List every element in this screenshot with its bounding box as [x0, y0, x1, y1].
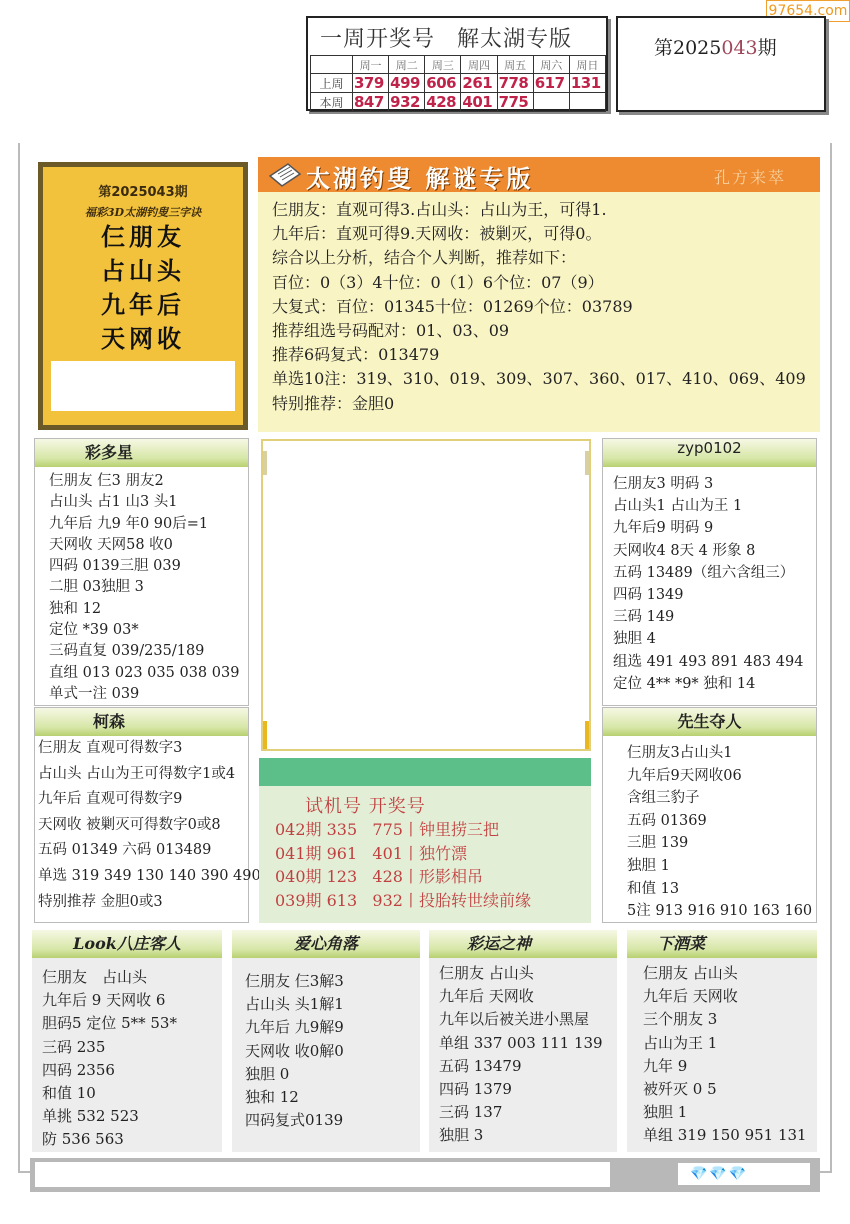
box-line: 天网收 收0解0	[245, 1040, 420, 1063]
box-line: 被歼灭 0 5	[643, 1078, 817, 1101]
diamond-icons: 💎💎💎	[678, 1163, 810, 1185]
solution-line: 大复式：百位：01345十位：01269个位：03789	[272, 295, 820, 319]
box-line: 三码 137	[439, 1101, 617, 1124]
box-line: 直组 013 023 035 038 039	[49, 663, 248, 684]
box-line: 占山头 占山为王可得数字1或4	[38, 762, 248, 788]
issue-suffix: 期	[758, 37, 777, 59]
riddle-line: 九年后	[43, 288, 243, 322]
box-title: 下酒菜	[627, 930, 817, 958]
box-title: Look八庄客人	[32, 930, 222, 958]
box-line: 占山头 占1 山3 头1	[49, 492, 248, 513]
card-issue: 第2025043期	[43, 167, 243, 200]
main-solution-panel: 太湖钓叟 解谜专版 孔方来萃 仨朋友：直观可得3.占山头：占山为王，可得1. 九…	[258, 157, 820, 432]
draw-title: 一周开奖号解太湖专版	[308, 18, 606, 54]
box-line: 三个朋友 3	[643, 1008, 817, 1031]
row-label: 上周	[311, 74, 353, 93]
draw-number: 617	[533, 74, 569, 93]
box-line: 三码直复 039/235/189	[49, 641, 248, 662]
box-line: 含组三豹子	[627, 787, 816, 810]
draw-number: 932	[389, 93, 425, 112]
trial-row: 041期 961 401丨独竹漂	[259, 842, 591, 866]
draw-number: 428	[425, 93, 461, 112]
draw-number: 778	[497, 74, 533, 93]
box-line: 三胆 139	[627, 832, 816, 855]
corner-tab	[585, 721, 589, 749]
box-line: 九年以后被关进小黑屋	[439, 1008, 617, 1031]
box-xiajiucai: 下酒菜 仨朋友 占山头 九年后 天网收 三个朋友 3 占山为王 1 九年 9 被…	[627, 930, 817, 1152]
trial-row: 042期 335 775丨钟里捞三把	[259, 818, 591, 842]
footer-bar: 💎💎💎	[30, 1158, 820, 1192]
draw-number: 379	[353, 74, 389, 93]
day-header: 周四	[461, 56, 497, 74]
box-line: 单挑 532 523	[42, 1105, 222, 1128]
box-line: 仨朋友3占山头1	[627, 742, 816, 765]
box-line: 5注 913 916 910 163 160	[627, 900, 816, 923]
solution-line: 单选10注：319、310、019、309、307、360、017、410、06…	[272, 367, 820, 391]
solution-line: 九年后：直观可得9.天网收：被剿灭，可得0。	[272, 222, 820, 246]
box-line: 单组 337 003 111 139	[439, 1032, 617, 1055]
box-line: 独胆 3	[439, 1124, 617, 1147]
box-line: 九年后 直观可得数字9	[38, 787, 248, 813]
corner-tab	[585, 451, 589, 475]
corner-tab	[263, 721, 267, 749]
box-line: 三码 235	[42, 1036, 222, 1059]
draw-number: 131	[569, 74, 605, 93]
box-title: 先生夺人	[603, 708, 816, 736]
riddle-line: 占山头	[43, 254, 243, 288]
box-line: 四码 1349	[613, 584, 816, 606]
solution-line: 仨朋友：直观可得3.占山头：占山为王，可得1.	[272, 198, 820, 222]
day-header: 周三	[425, 56, 461, 74]
card-subtitle: 福彩3D太湖钓叟三字诀	[43, 204, 243, 220]
box-line: 四码 1379	[439, 1078, 617, 1101]
trial-bar	[259, 758, 591, 786]
blank-image-area	[261, 439, 591, 751]
box-line: 五码 13479	[439, 1055, 617, 1078]
book-icon	[268, 162, 302, 188]
box-line: 三码 149	[613, 606, 816, 628]
footer-blank	[35, 1162, 610, 1187]
box-line: 仨朋友3 明码 3	[613, 473, 816, 495]
draw-number	[533, 93, 569, 112]
box-line: 独和 12	[49, 599, 248, 620]
box-caiduoxing: 彩多星 仨朋友 仨3 朋友2 占山头 占1 山3 头1 九年后 九9 年0 90…	[34, 438, 249, 706]
box-title: 彩运之神	[429, 930, 617, 958]
box-line: 防 536 563	[42, 1128, 222, 1151]
riddle-card: 第2025043期 福彩3D太湖钓叟三字诀 仨朋友 占山头 九年后 天网收	[38, 162, 248, 430]
box-line: 和值 13	[627, 878, 816, 901]
draw-number: 606	[425, 74, 461, 93]
box-line: 天网收4 8天 4 形象 8	[613, 540, 816, 562]
day-header: 周二	[389, 56, 425, 74]
box-line: 九年后9天网收06	[627, 765, 816, 788]
box-line: 独胆 4	[613, 628, 816, 650]
draw-number: 499	[389, 74, 425, 93]
solution-line: 特别推荐：金胆0	[272, 392, 820, 416]
solution-line: 推荐组选号码配对：01、03、09	[272, 319, 820, 343]
solution-line: 百位：0（3）4十位：0（1）6个位：07（9）	[272, 271, 820, 295]
draw-title-right: 解太湖专版	[457, 27, 572, 52]
box-line: 和值 10	[42, 1082, 222, 1105]
box-line: 仨朋友 仨3 朋友2	[49, 471, 248, 492]
box-line: 二胆 03独胆 3	[49, 577, 248, 598]
box-title: 爱心角落	[232, 930, 420, 958]
box-line: 仨朋友 占山头	[439, 962, 617, 985]
box-line: 定位 *39 03*	[49, 620, 248, 641]
box-line: 独和 12	[245, 1086, 420, 1109]
draw-number: 401	[461, 93, 497, 112]
box-line: 五码 13489（组六含组三）	[613, 562, 816, 584]
box-line: 占山头1 占山为王 1	[613, 495, 816, 517]
issue-number-panel: 第2025043期	[616, 16, 826, 112]
box-line: 独胆 0	[245, 1063, 420, 1086]
draw-number: 847	[353, 93, 389, 112]
solution-line: 推荐6码复式：013479	[272, 343, 820, 367]
box-line: 天网收 被剿灭可得数字0或8	[38, 813, 248, 839]
draw-table: 周一 周二 周三 周四 周五 周六 周日 上周 379 499 606 261 …	[310, 55, 606, 112]
trial-row: 040期 123 428丨形影相吊	[259, 865, 591, 889]
draw-number: 775	[497, 93, 533, 112]
box-aixin: 爱心角落 仨朋友 仨3解3 占山头 头1解1 九年后 九9解9 天网收 收0解0…	[232, 930, 420, 1152]
diamond-icon: 💎💎💎	[690, 1166, 748, 1182]
box-line: 九年后9 明码 9	[613, 517, 816, 539]
weekly-draw-panel: 一周开奖号解太湖专版 周一 周二 周三 周四 周五 周六 周日 上周 379 4…	[306, 16, 608, 111]
draw-row-last-week: 上周 379 499 606 261 778 617 131	[311, 74, 606, 93]
issue-highlight: 043	[721, 37, 757, 59]
box-line: 九年后 天网收	[643, 985, 817, 1008]
main-panel-author: 孔方来萃	[714, 165, 786, 188]
box-line: 定位 4** *9* 独和 14	[613, 673, 816, 695]
box-line: 九年后 九9解9	[245, 1016, 420, 1039]
box-kesen: 柯森 仨朋友 直观可得数字3 占山头 占山为王可得数字1或4 九年后 直观可得数…	[34, 707, 249, 923]
day-header: 周一	[353, 56, 389, 74]
box-line: 单式一注 039	[49, 684, 248, 705]
box-line: 单组 319 150 951 131	[643, 1124, 817, 1147]
box-line: 五码 01369	[627, 810, 816, 833]
box-title: 柯森	[35, 708, 248, 736]
box-line: 仨朋友 仨3解3	[245, 970, 420, 993]
trial-number-panel: 试机号 开奖号 042期 335 775丨钟里捞三把 041期 961 401丨…	[259, 758, 591, 923]
box-line: 九年 9	[643, 1055, 817, 1078]
solution-line: 综合以上分析，结合个人判断，推荐如下：	[272, 246, 820, 270]
draw-number: 261	[461, 74, 497, 93]
box-line: 胆码5 定位 5** 53*	[42, 1012, 222, 1035]
box-zyp0102: zyp0102 仨朋友3 明码 3 占山头1 占山为王 1 九年后9 明码 9 …	[602, 438, 817, 706]
box-line: 五码 01349 六码 013489	[38, 838, 248, 864]
box-line: 占山为王 1	[643, 1032, 817, 1055]
box-line: 独胆 1	[627, 855, 816, 878]
box-line: 特别推荐 金胆0或3	[38, 890, 248, 916]
box-line: 独胆 1	[643, 1101, 817, 1124]
box-line: 九年后 9 天网收 6	[42, 989, 222, 1012]
trial-row: 039期 613 932丨投胎转世续前缘	[259, 889, 591, 913]
draw-header-row: 周一 周二 周三 周四 周五 周六 周日	[311, 56, 606, 74]
riddle-line: 仨朋友	[43, 220, 243, 254]
box-line: 占山头 头1解1	[245, 993, 420, 1016]
riddle-line: 天网收	[43, 322, 243, 356]
blank-area	[51, 361, 235, 411]
box-caiyun: 彩运之神 仨朋友 占山头 九年后 天网收 九年以后被关进小黑屋 单组 337 0…	[429, 930, 617, 1152]
box-title: 彩多星	[35, 439, 248, 467]
box-line: 九年后 九9 年0 90后=1	[49, 514, 248, 535]
box-line: 四码复式0139	[245, 1109, 420, 1132]
box-line: 仨朋友 占山头	[643, 962, 817, 985]
box-line: 仨朋友 直观可得数字3	[38, 736, 248, 762]
box-line: 单选 319 349 130 140 390 490	[38, 864, 248, 890]
box-xiansheng: 先生夺人 仨朋友3占山头1 九年后9天网收06 含组三豹子 五码 01369 三…	[602, 707, 817, 923]
box-title: zyp0102	[603, 439, 816, 467]
box-line: 四码 2356	[42, 1059, 222, 1082]
day-header: 周六	[533, 56, 569, 74]
corner-cell	[311, 56, 353, 74]
box-line: 天网收 天网58 收0	[49, 535, 248, 556]
box-line: 组选 491 493 891 483 494	[613, 651, 816, 673]
day-header: 周五	[497, 56, 533, 74]
box-look: Look八庄客人 仨朋友 占山头 九年后 9 天网收 6 胆码5 定位 5** …	[32, 930, 222, 1152]
box-line: 四码 0139三胆 039	[49, 556, 248, 577]
main-panel-header: 太湖钓叟 解谜专版 孔方来萃	[258, 157, 820, 192]
corner-tab	[263, 451, 267, 475]
trial-header: 试机号 开奖号	[259, 786, 591, 818]
main-panel-title: 太湖钓叟 解谜专版	[306, 159, 533, 194]
draw-title-left: 一周开奖号	[320, 27, 435, 52]
draw-number	[569, 93, 605, 112]
issue-prefix: 第2025	[654, 37, 721, 59]
draw-row-this-week: 本周 847 932 428 401 775	[311, 93, 606, 112]
box-line: 仨朋友 占山头	[42, 966, 222, 989]
row-label: 本周	[311, 93, 353, 112]
day-header: 周日	[569, 56, 605, 74]
box-line: 九年后 天网收	[439, 985, 617, 1008]
